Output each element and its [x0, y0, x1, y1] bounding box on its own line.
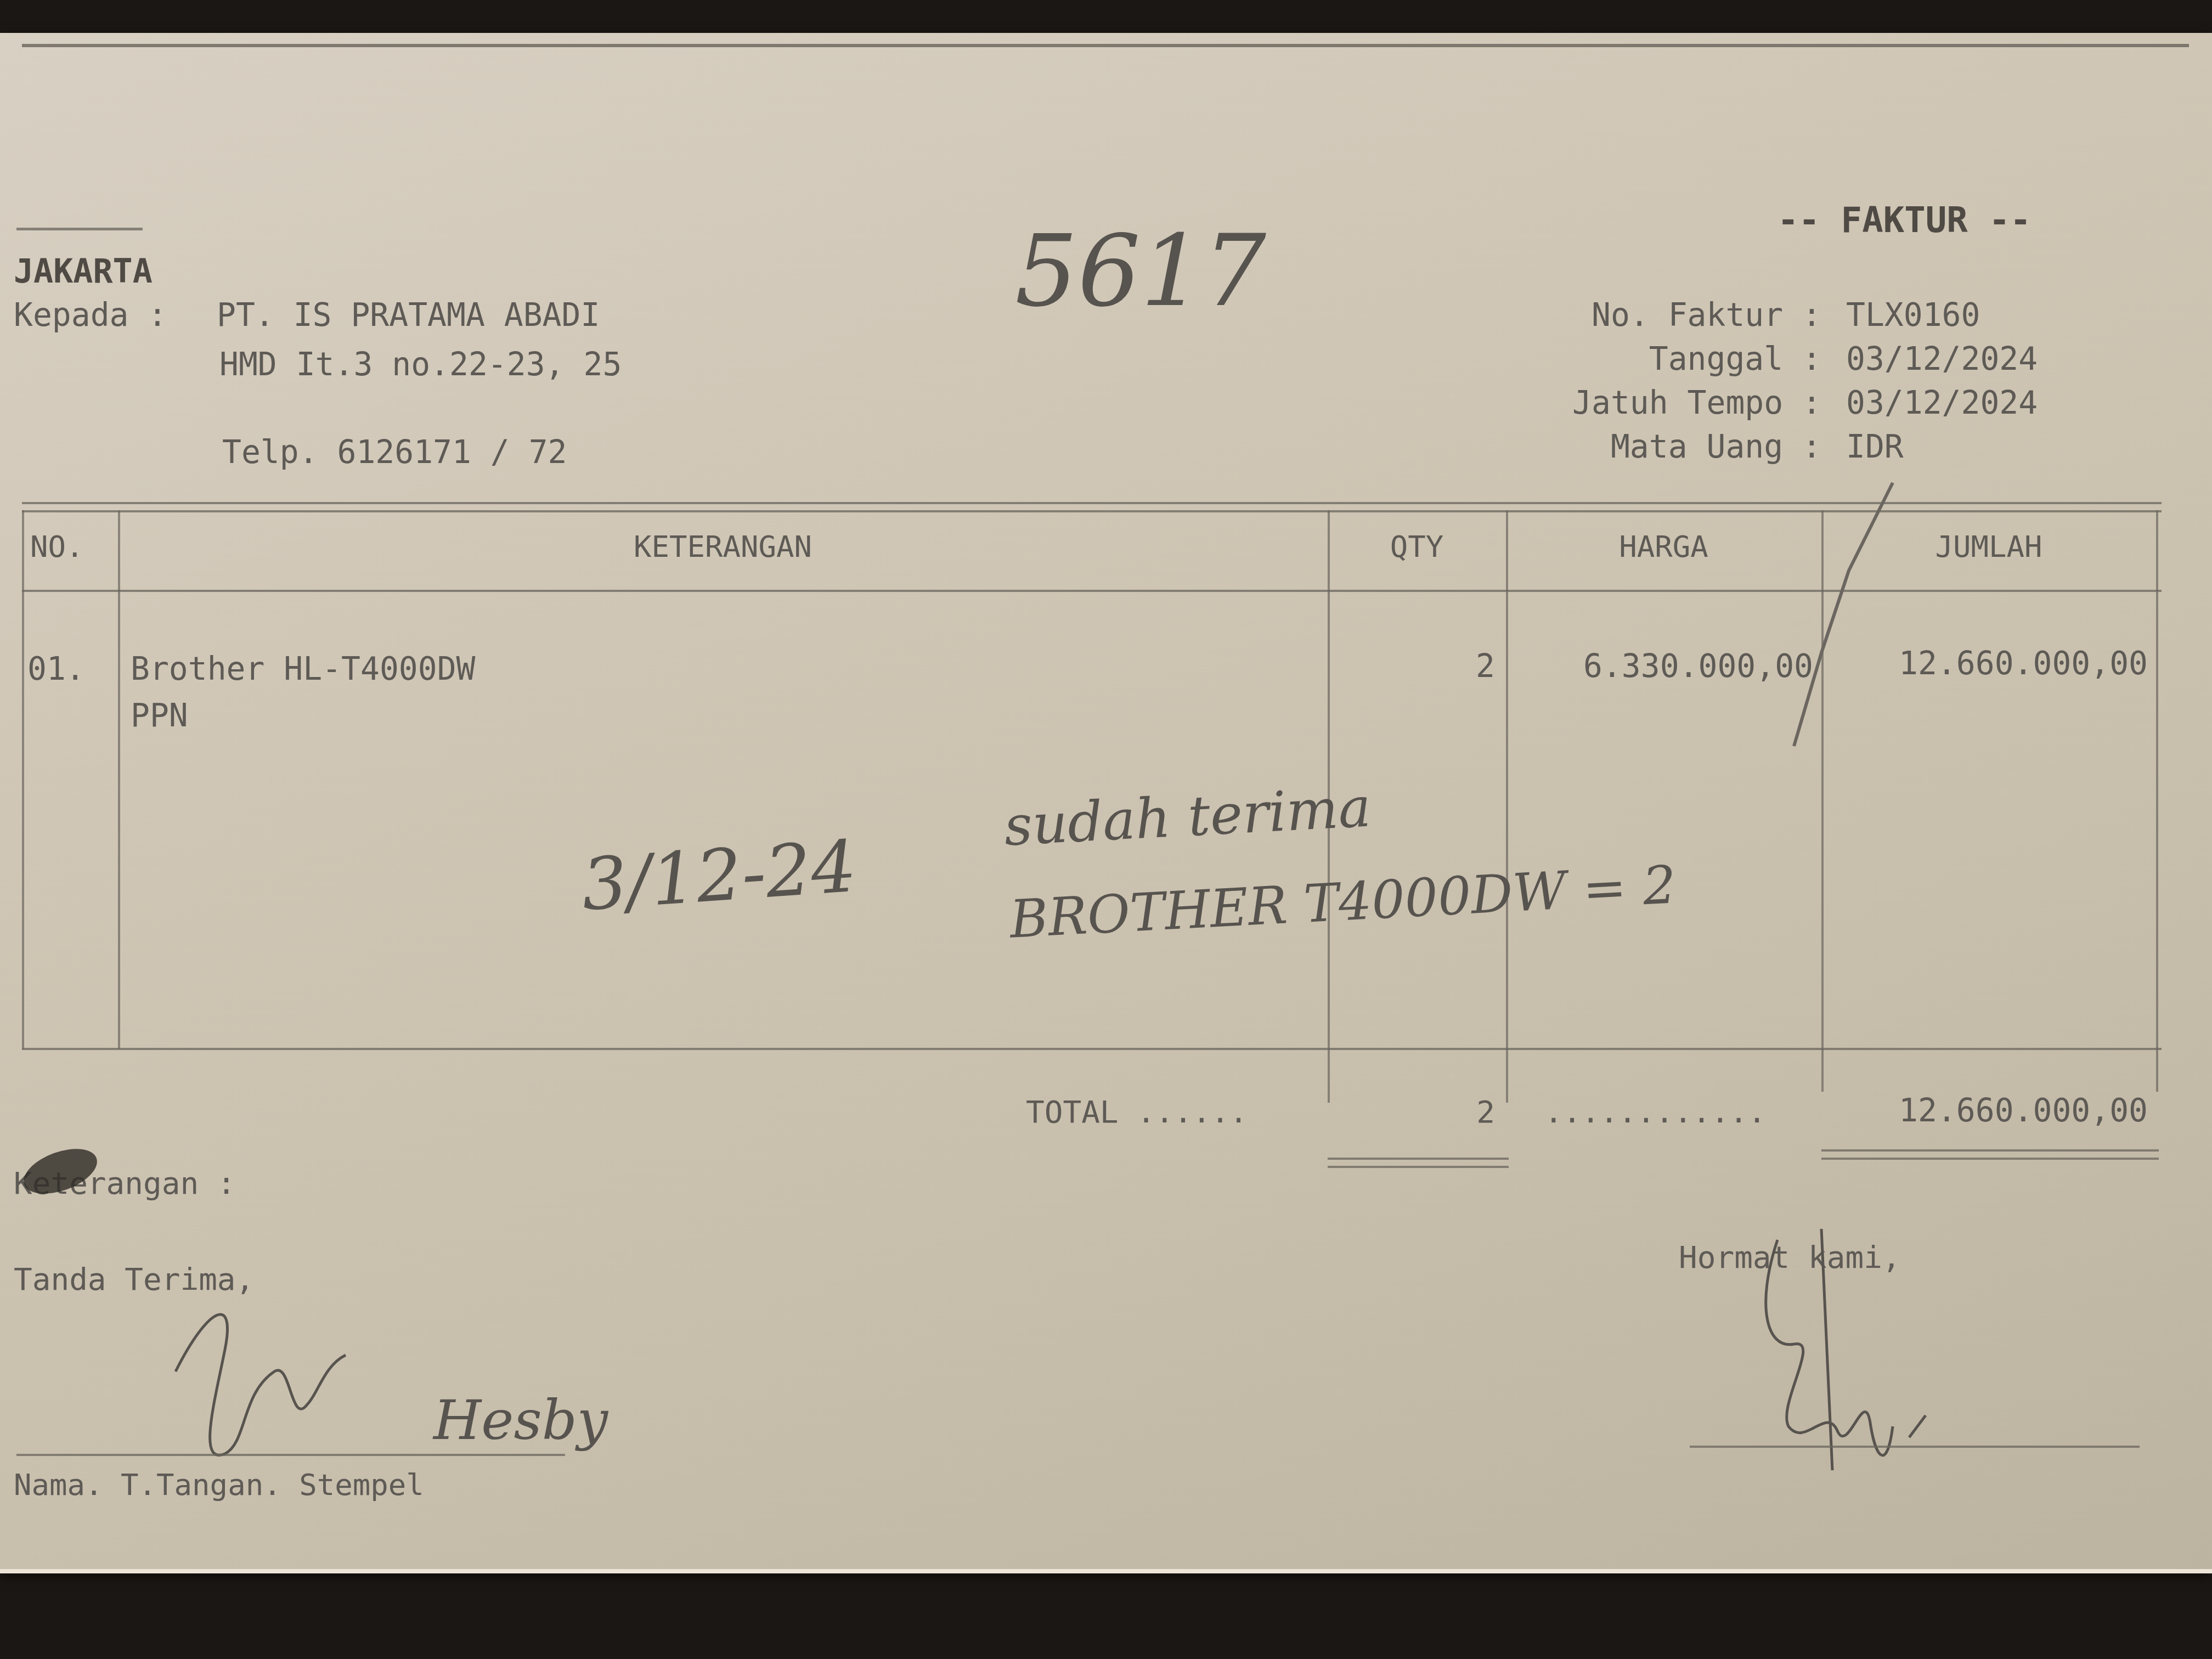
tanggal-label: Tanggal :: [1547, 340, 1821, 377]
recipient-address: HMD It.3 no.22-23, 25: [219, 346, 622, 383]
total-underline-2: [1821, 1158, 2159, 1160]
total-underline: [1821, 1149, 2159, 1152]
total-label: TOTAL ......: [1026, 1094, 1248, 1130]
recipient-phone: Telp. 6126171 / 72: [222, 433, 567, 471]
row-keterangan: PPN: [131, 697, 188, 734]
mata-uang-value: IDR: [1846, 428, 1904, 465]
table-bottom-rule: [22, 1048, 2162, 1050]
city-label: JAKARTA: [14, 252, 153, 291]
handwritten-note-item: BROTHER T4000DW = 2: [1008, 855, 1678, 950]
total-dots: ............: [1544, 1094, 1767, 1130]
total-qty-underline: [1328, 1158, 1509, 1160]
invoice-paper: JAKARTA -- FAKTUR -- 5617 Kepada : PT. I…: [0, 33, 2212, 1573]
row-qty: 2: [1328, 647, 1495, 685]
mata-uang-label: Mata Uang :: [1547, 428, 1821, 465]
row-keterangan: Brother HL-T4000DW: [131, 650, 476, 687]
header-rule: [16, 228, 143, 230]
check-slash-mark: [1772, 472, 1904, 757]
sender-signature-icon: [1745, 1218, 1975, 1481]
sender-signature-line: [1690, 1446, 2140, 1448]
total-qty: 2: [1328, 1094, 1495, 1130]
total-jumlah: 12.660.000,00: [1821, 1092, 2148, 1129]
jatuh-tempo-label: Jatuh Tempo :: [1525, 384, 1821, 421]
receiver-signature-name: Hesby: [433, 1388, 608, 1452]
col-border: [2156, 510, 2158, 1092]
stamp-line-label: Nama. T.Tangan. Stempel: [14, 1468, 424, 1502]
receiver-signature-line: [16, 1454, 565, 1456]
jatuh-tempo-value: 03/12/2024: [1846, 384, 2038, 421]
handwritten-date: 3/12-24: [579, 825, 859, 927]
col-header-qty: QTY: [1328, 529, 1506, 564]
recipient-label: Kepada :: [14, 296, 167, 334]
total-qty-underline-2: [1328, 1166, 1509, 1168]
no-faktur-label: No. Faktur :: [1547, 296, 1821, 334]
col-header-keterangan: KETERANGAN: [118, 529, 1328, 564]
handwritten-number: 5617: [1015, 214, 1266, 329]
document-title: -- FAKTUR --: [1778, 200, 2031, 241]
col-header-no: NO.: [30, 529, 84, 564]
col-border: [22, 510, 24, 1049]
row-no: 01.: [27, 650, 85, 687]
row-harga: 6.330.000,00: [1506, 647, 1813, 685]
no-faktur-value: TLX0160: [1846, 296, 1980, 334]
handwritten-note-received: sudah terima: [1002, 775, 1372, 859]
recipient-name: PT. IS PRATAMA ABADI: [217, 296, 600, 334]
col-border: [1506, 510, 1508, 1103]
col-border: [118, 510, 120, 1049]
receiver-signature-icon: [165, 1284, 439, 1481]
top-border-line: [22, 44, 2189, 47]
tanggal-value: 03/12/2024: [1846, 340, 2038, 377]
